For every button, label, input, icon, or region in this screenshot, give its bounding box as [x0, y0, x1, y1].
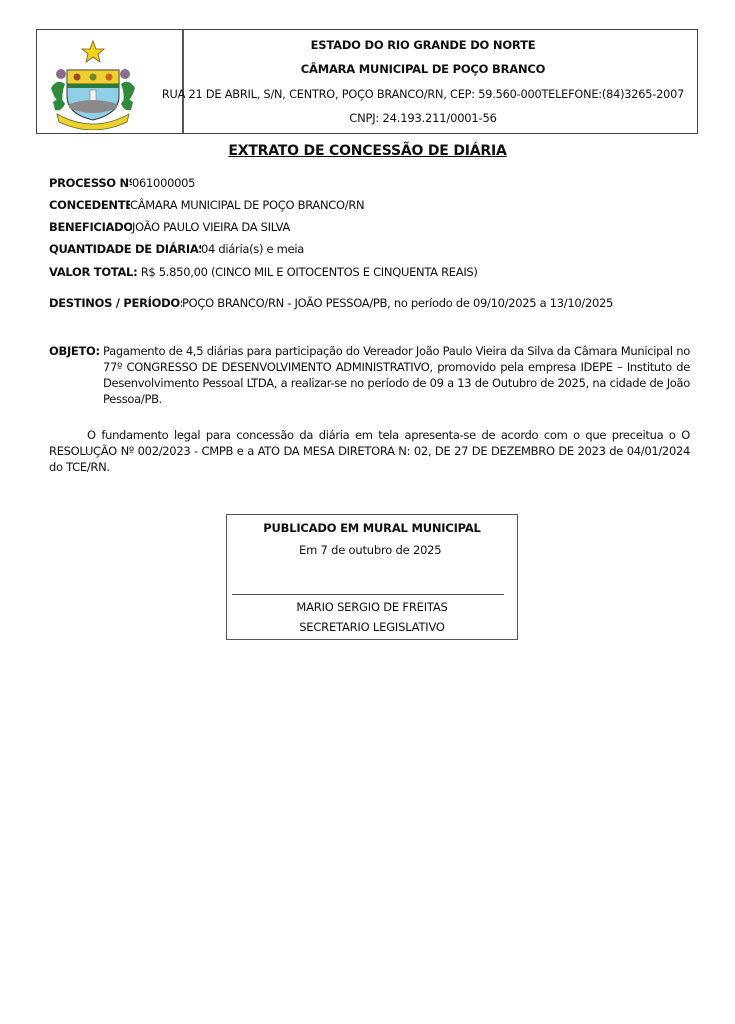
field-concedente: CONCEDENTE:CÂMARA MUNICIPAL DE POÇO BRAN…	[49, 198, 364, 212]
signer-role: SECRETARIO LEGISLATIVO	[227, 620, 517, 634]
field-label: DESTINOS / PERÍODO:	[49, 296, 182, 310]
publication-stamp: PUBLICADO EM MURAL MUNICIPAL Em 7 de out…	[226, 514, 518, 640]
field-processo: PROCESSO Nº061000005	[49, 176, 195, 190]
field-beneficiado: BENEFICIADO:JOÃO PAULO VIEIRA DA SILVA	[49, 220, 290, 234]
objeto-section: OBJETO: Pagamento de 4,5 diárias para pa…	[49, 343, 690, 407]
signature-line	[232, 594, 504, 595]
field-label: CONCEDENTE:	[49, 198, 130, 212]
publication-date: Em 7 de outubro de 2025	[299, 543, 441, 557]
signer-name: MARIO SERGIO DE FREITAS	[227, 600, 517, 614]
legal-basis-paragraph: O fundamento legal para concessão da diá…	[49, 427, 690, 475]
field-destinos: DESTINOS / PERÍODO:POÇO BRANCO/RN - JOÃO…	[49, 296, 613, 310]
field-valor-total: VALOR TOTAL: R$ 5.850,00 (CINCO MIL E OI…	[49, 265, 478, 279]
publication-title: PUBLICADO EM MURAL MUNICIPAL	[227, 521, 517, 535]
field-value: 061000005	[132, 176, 195, 190]
field-value: POÇO BRANCO/RN - JOÃO PESSOA/PB, no perí…	[182, 296, 613, 310]
field-value: CÂMARA MUNICIPAL DE POÇO BRANCO/RN	[130, 198, 364, 212]
chamber-name: CÂMARA MUNICIPAL DE POÇO BRANCO	[147, 62, 699, 76]
document-title: EXTRATO DE CONCESSÃO DE DIÁRIA	[0, 143, 735, 159]
field-quantidade: QUANTIDADE DE DIÁRIAS:04 diária(s) e mei…	[49, 242, 304, 256]
cnpj-line: CNPJ: 24.193.211/0001-56	[147, 111, 699, 125]
field-label: VALOR TOTAL:	[49, 265, 137, 279]
field-value: R$ 5.850,00 (CINCO MIL E OITOCENTOS E CI…	[137, 265, 477, 279]
letterhead: ESTADO DO RIO GRANDE DO NORTE CÂMARA MUN…	[36, 29, 698, 134]
field-value: 04 diária(s) e meia	[201, 242, 304, 256]
address-line: RUA 21 DE ABRIL, S/N, CENTRO, POÇO BRANC…	[147, 88, 699, 101]
state-name: ESTADO DO RIO GRANDE DO NORTE	[147, 38, 699, 52]
field-value: JOÃO PAULO VIEIRA DA SILVA	[132, 220, 290, 234]
field-label: PROCESSO Nº	[49, 176, 132, 190]
coat-of-arms-icon	[43, 38, 143, 130]
field-label: QUANTIDADE DE DIÁRIAS:	[49, 242, 201, 256]
objeto-text: Pagamento de 4,5 diárias para participaç…	[103, 343, 690, 407]
objeto-label: OBJETO:	[49, 343, 103, 359]
field-label: BENEFICIADO:	[49, 220, 132, 234]
